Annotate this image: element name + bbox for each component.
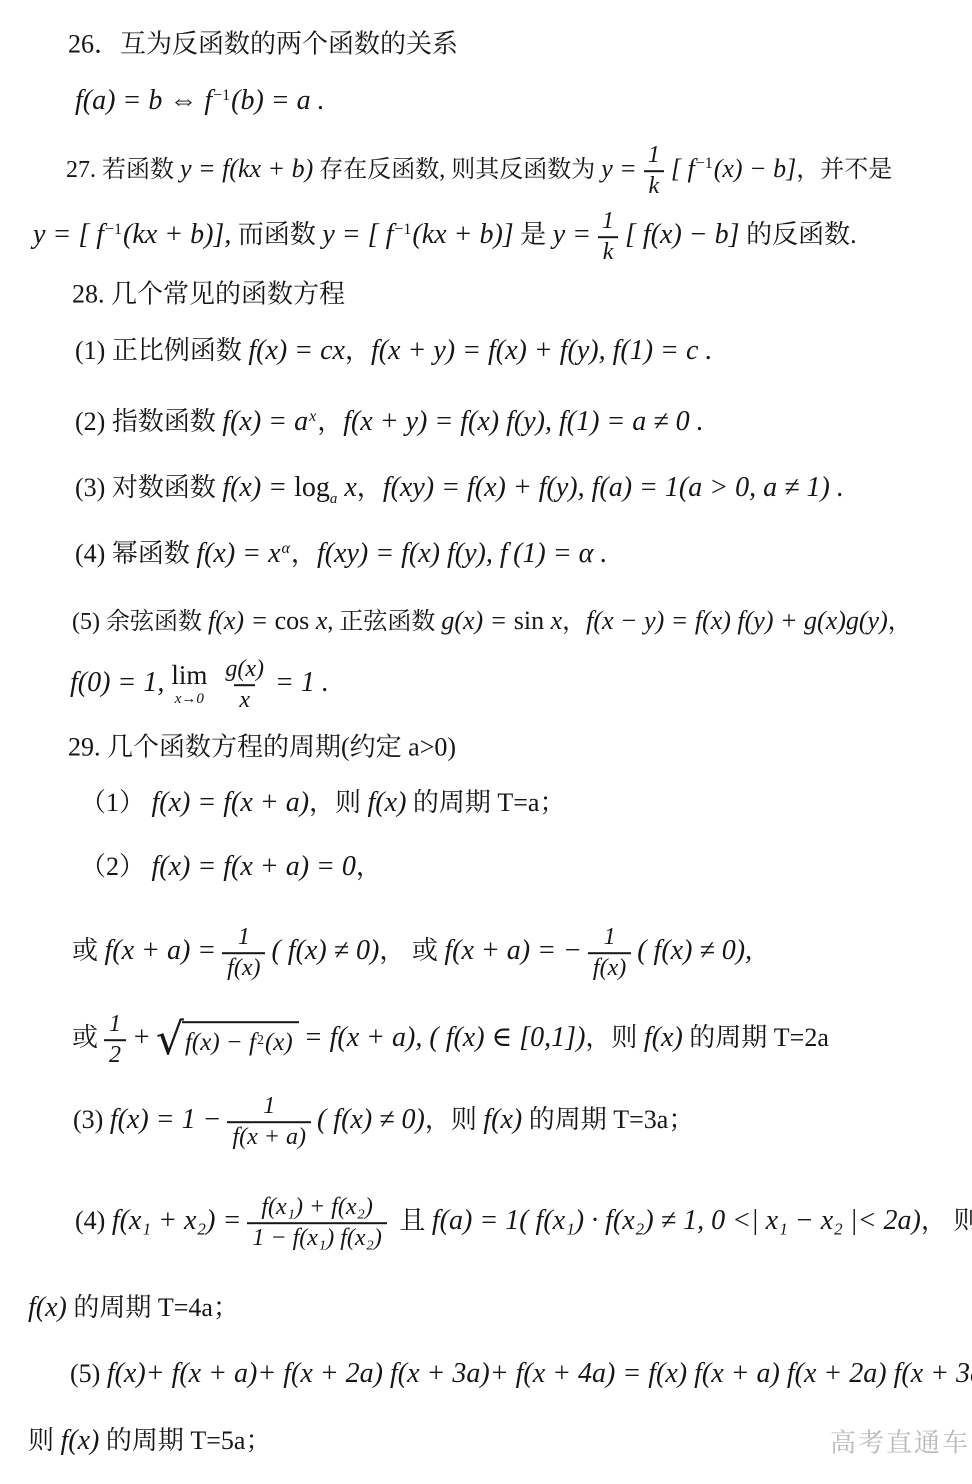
fraction-denominator: k bbox=[598, 236, 619, 267]
limit-operator: limx→0 bbox=[171, 663, 207, 708]
section26-formula: f(a) = b ⇔ f−1(b) = a . bbox=[75, 84, 325, 118]
section29-heading: 29. 几个函数方程的周期(约定 a>0) bbox=[68, 731, 456, 762]
math-run: f(x) = f(x + a) = 0 bbox=[152, 851, 356, 882]
text-run: (3) 对数函数 bbox=[75, 473, 222, 502]
math-run: y = f(kx + b) bbox=[180, 154, 313, 183]
text-run: （1） bbox=[80, 788, 152, 817]
heading-text: 28. 几个常见的函数方程 bbox=[72, 279, 345, 308]
text-run: 27. 若函数 bbox=[66, 157, 180, 183]
math-run: [ f bbox=[671, 154, 695, 183]
fraction: 1k bbox=[597, 207, 619, 267]
fraction: 12 bbox=[104, 1010, 126, 1070]
section28-item1: (1) 正比例函数 f(x) = cx，f(x + y) = f(x) + f(… bbox=[75, 334, 712, 368]
fraction: 1f(x) bbox=[222, 923, 265, 983]
math-run: f(x) = bbox=[222, 472, 294, 503]
math-run: f(x) = a bbox=[222, 406, 308, 437]
math-run: [ f(x) − b] bbox=[625, 219, 740, 250]
text-run: ， bbox=[888, 609, 912, 635]
superscript: −1 bbox=[105, 222, 122, 238]
square-root: √f(x) − f2(x) bbox=[156, 1021, 299, 1059]
fraction: 1f(x + a) bbox=[227, 1092, 311, 1152]
math-run: f(x) = 1 − bbox=[110, 1104, 222, 1135]
text-run: ，则 bbox=[425, 1105, 484, 1134]
text-run: 的反函数. bbox=[740, 220, 857, 249]
fraction-numerator: 1 bbox=[643, 141, 665, 170]
math-run: f(x) = cx bbox=[248, 335, 345, 366]
document-page: 26．互为反函数的两个函数的关系 f(a) = b ⇔ f−1(b) = a .… bbox=[0, 0, 972, 1484]
text-run: ， 或 bbox=[379, 936, 444, 965]
text-run: 的周期 T=2a bbox=[683, 1023, 829, 1052]
math-run: y = [ f bbox=[33, 219, 104, 250]
math-run: f(x) − f bbox=[185, 1029, 256, 1056]
math-run: (kx + b)], bbox=[123, 219, 231, 250]
text-run: (5) 余弦函数 bbox=[72, 609, 208, 635]
math-operator-sin: sin bbox=[514, 606, 544, 635]
math-run: f(x) bbox=[28, 1292, 67, 1323]
math-run: ( f(x) ≠ 0) bbox=[271, 935, 379, 966]
math-run: y = bbox=[601, 154, 637, 183]
section28-item5-limit: f(0) = 1,limx→0g(x)x= 1 . bbox=[70, 655, 329, 715]
fraction-numerator: 1 bbox=[597, 207, 619, 236]
math-run: f(x + a) = bbox=[105, 935, 217, 966]
fraction-denominator: f(x) bbox=[588, 952, 631, 983]
math-run: (x) bbox=[265, 1029, 293, 1056]
math-run: f(x₁ + x₂) = bbox=[112, 1205, 242, 1236]
fraction-numerator: g(x) bbox=[220, 655, 269, 684]
math-run: = 1 . bbox=[275, 667, 329, 698]
limit-word: lim bbox=[171, 663, 207, 690]
math-run: y = bbox=[553, 219, 591, 250]
fraction-denominator: f(x + a) bbox=[227, 1121, 311, 1152]
section27-line2: y = [ f−1(kx + b)], 而函数 y = [ f−1(kx + b… bbox=[33, 207, 857, 267]
fraction-denominator: 2 bbox=[104, 1039, 126, 1070]
text-run: 存在反函数, 则其反函数为 bbox=[313, 157, 601, 183]
text-run: (2) 指数函数 bbox=[75, 407, 222, 436]
math-run: f(a) = 1( f(x₁) · f(x₂) ≠ 1, 0 <| x₁ − x… bbox=[432, 1205, 921, 1236]
section29-item5: (5) f(x)+ f(x + a)+ f(x + 2a) f(x + 3a)+… bbox=[70, 1357, 972, 1391]
subscript: a bbox=[330, 492, 338, 507]
math-operator-log: log bbox=[294, 472, 330, 503]
text-run: （2） bbox=[80, 852, 152, 881]
math-run: x bbox=[309, 606, 327, 635]
text-run: 的周期 T=5a； bbox=[99, 1426, 271, 1455]
superscript: −1 bbox=[394, 222, 411, 238]
fraction: 1k bbox=[643, 141, 665, 201]
section28-item2: (2) 指数函数 f(x) = ax，f(x + y) = f(x) f(y),… bbox=[75, 405, 704, 439]
math-run: (b) = a . bbox=[231, 85, 325, 116]
section29-item2-or1: 或 f(x + a) =1f(x)( f(x) ≠ 0)， 或 f(x + a)… bbox=[72, 923, 752, 983]
section29-item2: （2） f(x) = f(x + a) = 0， bbox=[80, 850, 382, 884]
superscript: −1 bbox=[696, 156, 713, 172]
text-run: 是 bbox=[514, 220, 553, 249]
text-run: 的周期 T=a； bbox=[406, 788, 565, 817]
text-run: ， bbox=[357, 473, 383, 502]
math-run: ( f(x) ≠ 0) bbox=[317, 1104, 425, 1135]
watermark: 高考直通车 bbox=[830, 1423, 970, 1460]
math-run: f(x) = bbox=[208, 606, 275, 635]
fraction: 1f(x) bbox=[588, 923, 631, 983]
text-run: 且 bbox=[393, 1206, 432, 1235]
text-run: ， 则 bbox=[921, 1206, 972, 1235]
text-run: 的周期 T=3a； bbox=[522, 1105, 694, 1134]
text-run: , 正弦函数 bbox=[327, 609, 441, 635]
math-run: x bbox=[544, 606, 562, 635]
fraction-numerator: 1 bbox=[233, 923, 255, 952]
math-run: f(x) = f(x + a) bbox=[152, 787, 310, 818]
text-run: 则 bbox=[28, 1426, 61, 1455]
heading-text: 26．互为反函数的两个函数的关系 bbox=[68, 29, 458, 58]
math-run: f(x + y) = f(x) + f(y), f(1) = c . bbox=[371, 335, 712, 366]
fraction-denominator: 1 − f(x₁) f(x₂) bbox=[247, 1222, 387, 1253]
fraction-denominator: f(x) bbox=[222, 952, 265, 983]
section28-item5: (5) 余弦函数 f(x) = cos x, 正弦函数 g(x) = sin x… bbox=[72, 605, 912, 637]
text-run: ， bbox=[356, 852, 382, 881]
math-run: (kx + b)] bbox=[412, 219, 513, 250]
math-run: f(x + a) = − bbox=[444, 935, 582, 966]
section29-item4: (4) f(x₁ + x₂) =f(x₁) + f(x₂)1 − f(x₁) f… bbox=[75, 1193, 972, 1253]
math-run: f(x)+ f(x + a)+ f(x + 2a) f(x + 3a)+ f(x… bbox=[107, 1358, 972, 1389]
fraction: g(x)x bbox=[220, 655, 269, 715]
math-run: f(0) = 1, bbox=[70, 667, 164, 698]
text-run: 而函数 bbox=[231, 220, 322, 249]
text-run: ， bbox=[291, 539, 317, 568]
text-run: ，则 bbox=[585, 1023, 644, 1052]
fraction-denominator: x bbox=[234, 684, 255, 715]
text-run: (5) bbox=[70, 1359, 107, 1388]
superscript: α bbox=[282, 541, 290, 557]
fraction-denominator: k bbox=[644, 170, 665, 201]
math-run: f(x + y) = f(x) f(y), f(1) = a ≠ 0 . bbox=[343, 406, 703, 437]
math-run: f(x) = x bbox=[196, 538, 280, 569]
math-operator-cos: cos bbox=[275, 606, 310, 635]
math-run: (x) − b] bbox=[714, 154, 797, 183]
section29-item3: (3) f(x) = 1 −1f(x + a)( f(x) ≠ 0)，则 f(x… bbox=[73, 1092, 694, 1152]
math-run: f(a) = b ⇔ f bbox=[75, 85, 212, 116]
math-run: g(x) = bbox=[441, 606, 513, 635]
superscript-prime: ′ bbox=[509, 541, 513, 557]
section28-item4: (4) 幂函数 f(x) = xα，f(xy) = f(x) f(y), f′(… bbox=[75, 537, 607, 571]
text-run: (3) bbox=[73, 1105, 110, 1134]
section29-item1: （1） f(x) = f(x + a)，则 f(x) 的周期 T=a； bbox=[80, 786, 565, 820]
text-run: 或 bbox=[72, 1023, 98, 1052]
text-run: (4) bbox=[75, 1206, 112, 1235]
math-run: f(x) bbox=[483, 1104, 522, 1135]
superscript: −1 bbox=[213, 88, 230, 104]
math-run: f(xy) = f(x) + f(y), f(a) = 1(a > 0, a ≠… bbox=[383, 472, 844, 503]
section27-line1: 27. 若函数 y = f(kx + b) 存在反函数, 则其反函数为 y =1… bbox=[66, 141, 892, 201]
math-run: ( f(x) ≠ 0), bbox=[637, 935, 752, 966]
math-run: x bbox=[337, 472, 356, 503]
radical-sign: √ bbox=[156, 1021, 184, 1059]
section29-item5-period: 则 f(x) 的周期 T=5a； bbox=[28, 1424, 271, 1458]
math-run: f(x) bbox=[368, 787, 407, 818]
fraction-numerator: f(x₁) + f(x₂) bbox=[256, 1193, 378, 1222]
text-run: (4) 幂函数 bbox=[75, 539, 196, 568]
math-run: f(x) bbox=[644, 1022, 683, 1053]
text-run: ，则 bbox=[309, 788, 368, 817]
math-run: f(x − y) = f(x) f(y) + g(x)g(y) bbox=[586, 606, 888, 635]
fraction-numerator: 1 bbox=[258, 1092, 280, 1121]
superscript: x bbox=[309, 409, 316, 425]
fraction-numerator: 1 bbox=[599, 923, 621, 952]
heading-text: 29. 几个函数方程的周期(约定 a>0) bbox=[68, 732, 456, 761]
math-run: f(x) bbox=[61, 1425, 100, 1456]
math-run: + bbox=[132, 1022, 151, 1053]
text-run: (1) 正比例函数 bbox=[75, 336, 248, 365]
radicand: f(x) − f2(x) bbox=[182, 1021, 299, 1058]
superscript: 2 bbox=[257, 1034, 264, 1048]
fraction: f(x₁) + f(x₂)1 − f(x₁) f(x₂) bbox=[247, 1193, 387, 1253]
section28-item3: (3) 对数函数 f(x) = loga x，f(xy) = f(x) + f(… bbox=[75, 471, 844, 505]
text-run: ，并不是 bbox=[796, 157, 892, 183]
section28-heading: 28. 几个常见的函数方程 bbox=[72, 278, 345, 309]
text-run: 的周期 T=4a； bbox=[67, 1293, 239, 1322]
text-run: ， bbox=[562, 609, 586, 635]
text-run: ， bbox=[345, 336, 371, 365]
text-run: 或 bbox=[72, 936, 105, 965]
limit-subscript: x→0 bbox=[175, 693, 204, 708]
text-run: ， bbox=[317, 407, 343, 436]
section26-heading: 26．互为反函数的两个函数的关系 bbox=[68, 28, 458, 59]
math-run: (1) = α . bbox=[513, 538, 607, 569]
math-run: = f(x + a), ( f(x) ∈ [0,1]) bbox=[304, 1022, 586, 1053]
fraction-numerator: 1 bbox=[104, 1010, 126, 1039]
section29-item2-or2: 或12+√f(x) − f2(x)= f(x + a), ( f(x) ∈ [0… bbox=[72, 1010, 829, 1070]
section29-item4-period: f(x) 的周期 T=4a； bbox=[28, 1291, 239, 1325]
math-run: y = [ f bbox=[322, 219, 393, 250]
math-run: f(xy) = f(x) f(y), f bbox=[317, 538, 508, 569]
